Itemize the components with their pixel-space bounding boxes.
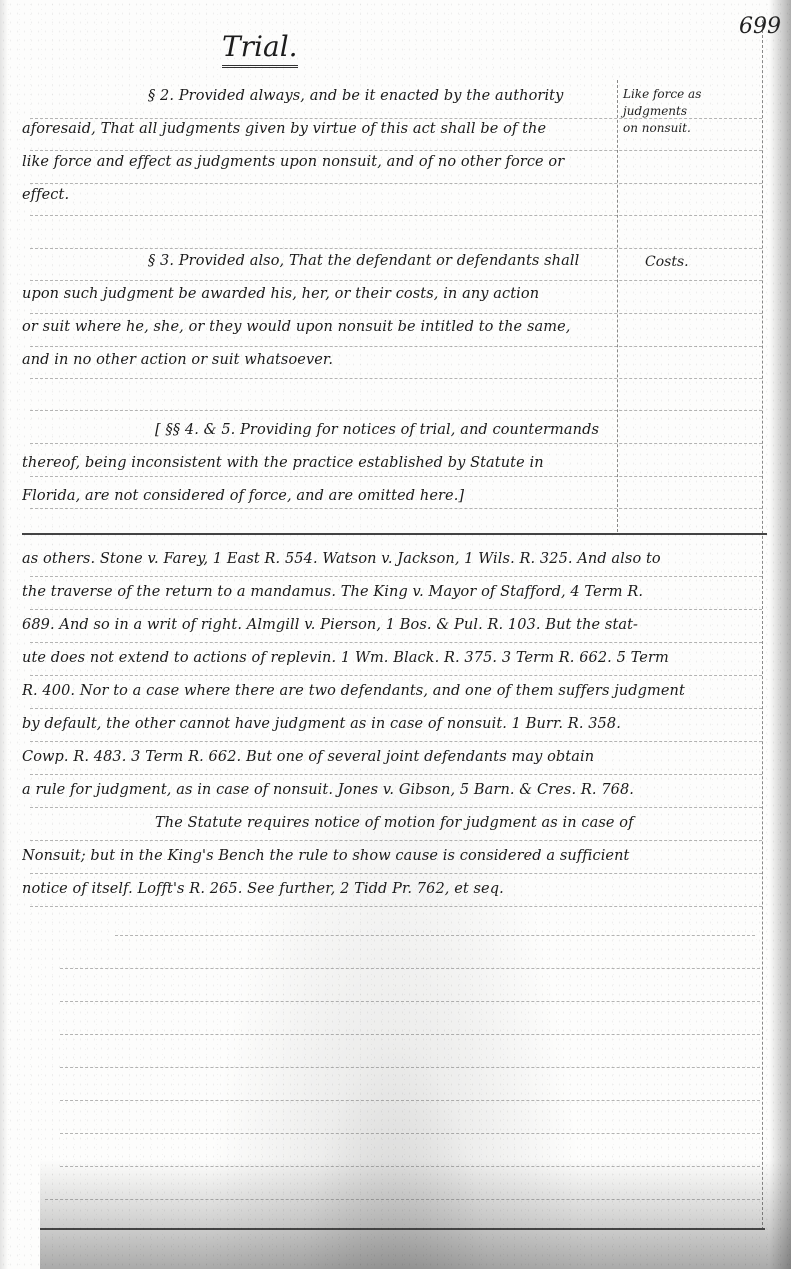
commentary-line: The Statute requires notice of motion fo… [155,815,755,831]
ruled-line [60,1001,760,1002]
section-divider [22,533,767,535]
ruled-line [30,807,762,808]
commentary-line: R. 400. Nor to a case where there are tw… [22,683,762,699]
ruled-line [30,675,762,676]
ruled-line [30,609,762,610]
ruled-line [30,313,762,314]
ruled-line [30,346,762,347]
scan-right-edge [769,0,791,1269]
ruled-line [30,378,762,379]
ruled-line [60,1034,760,1035]
ruled-line [30,576,762,577]
page-title: Trial. [222,30,298,68]
commentary-line: the traverse of the return to a mandamus… [22,584,762,600]
section-3-line: or suit where he, she, or they would upo… [22,319,612,335]
sections-4-5-line: Florida, are not considered of force, an… [22,488,612,504]
commentary-line: ute does not extend to actions of replev… [22,650,762,666]
commentary-line: 689. And so in a writ of right. Almgill … [22,617,762,633]
ruled-line [115,935,755,936]
ruled-line [30,873,762,874]
ruled-line [30,215,762,216]
margin-note-line: Like force as judgments [623,86,763,120]
sections-4-5-line: [ §§ 4. & 5. Providing for notices of tr… [155,422,618,438]
ruled-line [60,1100,760,1101]
scan-left-edge [0,0,8,1269]
commentary-line: Nonsuit; but in the King's Bench the rul… [22,848,762,864]
ruled-line [60,1067,760,1068]
commentary-line: notice of itself. Lofft's R. 265. See fu… [22,881,762,897]
margin-note-line: Costs. [645,254,689,271]
ruled-line [30,150,762,151]
ruled-line [30,280,762,281]
ruled-line [30,508,762,509]
ruled-line [30,183,762,184]
section-3-line: and in no other action or suit whatsoeve… [22,352,612,368]
ruled-line [30,410,762,411]
ruled-line [30,906,762,907]
ruled-line [45,1199,760,1200]
scan-bottom-shadow [40,1159,791,1269]
margin-column-left-rule [617,80,618,532]
section-2-line: like force and effect as judgments upon … [22,154,612,170]
ruled-line [60,1133,760,1134]
ruled-line [30,443,762,444]
section-3-line: upon such judgment be awarded his, her, … [22,286,612,302]
document-page: 699 Trial. § 2. Provided always, and be … [0,0,791,1269]
section-2-line: § 2. Provided always, and be it enacted … [148,88,608,104]
ruled-line [30,741,762,742]
commentary-line: by default, the other cannot have judgme… [22,716,762,732]
section-3-line: § 3. Provided also, That the defendant o… [148,253,618,269]
ruled-line [30,248,762,249]
margin-note-like-force: Like force as judgments on nonsuit. [623,86,763,137]
ruled-line [60,968,760,969]
page-number: 699 [739,14,781,39]
ruled-line [30,642,762,643]
ruled-line [30,840,762,841]
margin-column-right-rule [762,20,763,1230]
section-2-line: effect. [22,187,612,203]
sections-4-5-line: thereof, being inconsistent with the pra… [22,455,612,471]
commentary-line: as others. Stone v. Farey, 1 East R. 554… [22,551,762,567]
bottom-border-line [40,1228,765,1230]
section-2-line: aforesaid, That all judgments given by v… [22,121,612,137]
commentary-line: a rule for judgment, as in case of nonsu… [22,782,762,798]
ruled-line [60,1166,760,1167]
margin-note-line: on nonsuit. [623,120,763,137]
margin-note-costs: Costs. [645,254,689,271]
ruled-line [30,774,762,775]
commentary-line: Cowp. R. 483. 3 Term R. 662. But one of … [22,749,762,765]
ruled-line [30,476,762,477]
ruled-line [30,708,762,709]
